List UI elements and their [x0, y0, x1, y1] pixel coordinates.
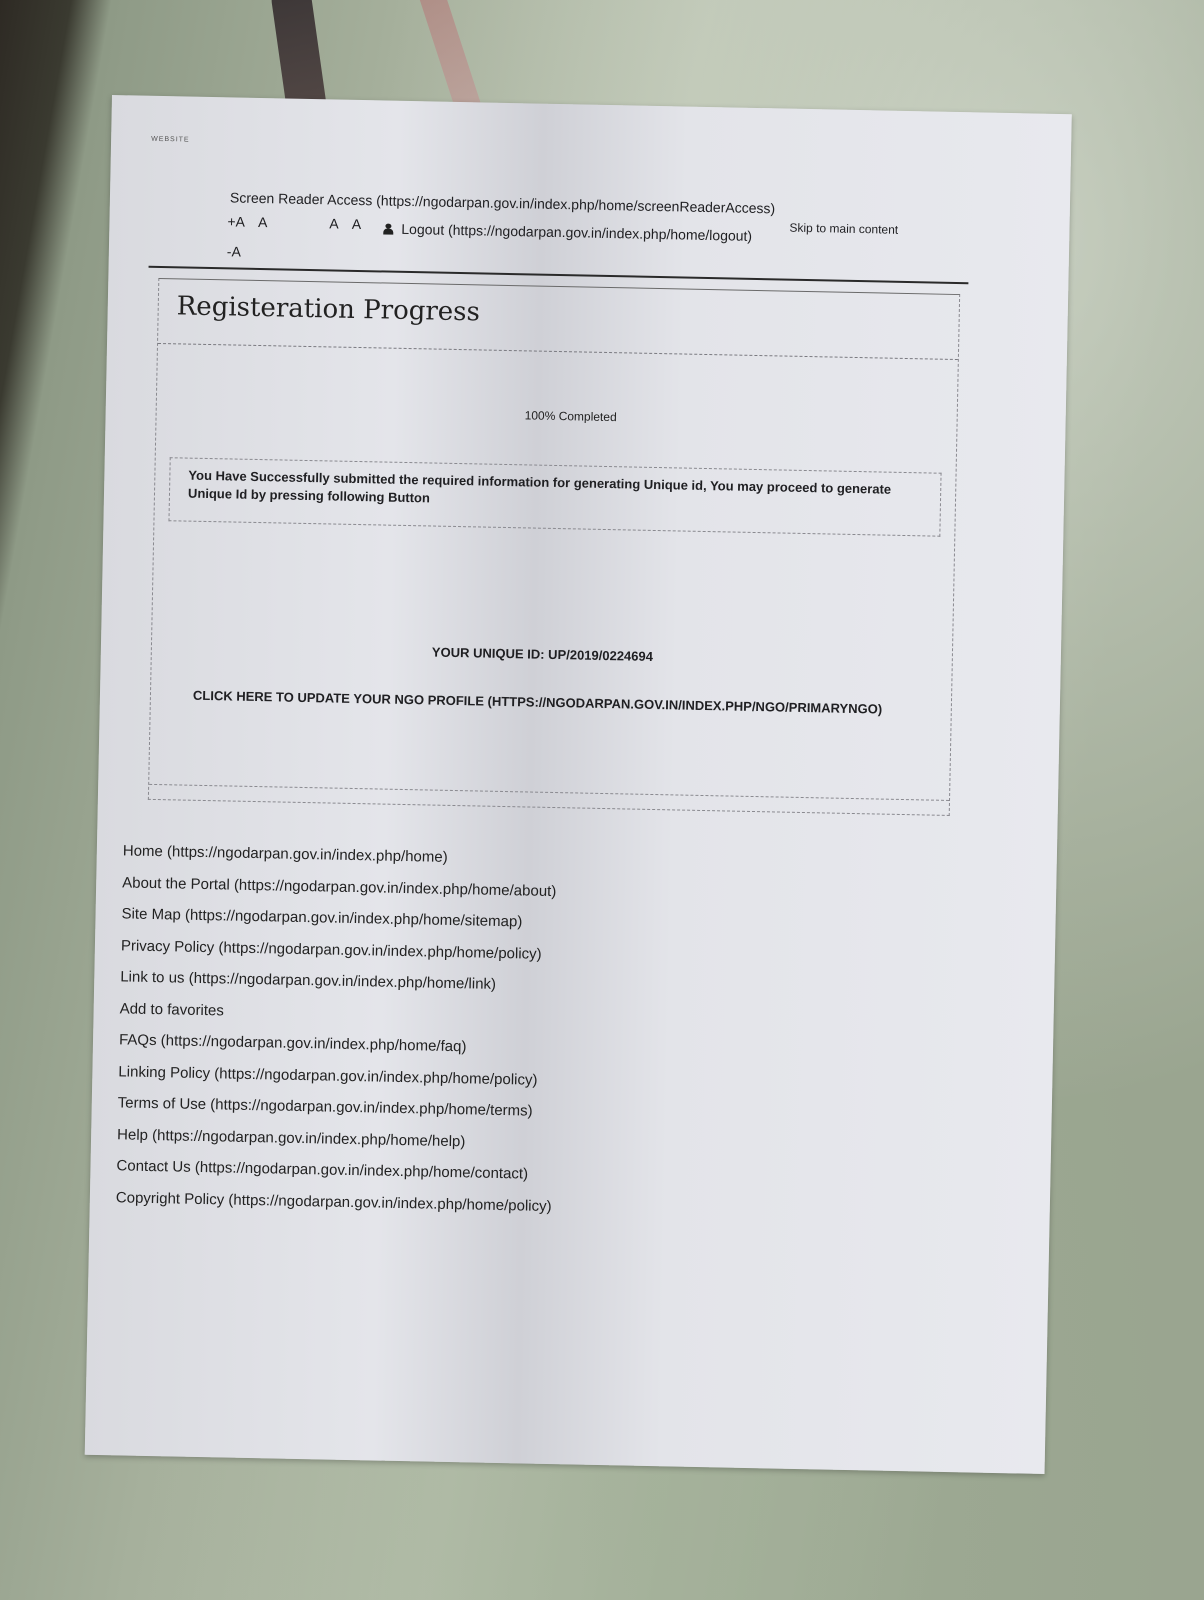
footer-link-home[interactable]: Home (https://ngodarpan.gov.in/index.php…	[123, 842, 448, 866]
panel-bottom-divider	[149, 784, 949, 801]
unique-id: YOUR UNIQUE ID: UP/2019/0224694	[432, 645, 653, 664]
update-ngo-profile-link[interactable]: CLICK HERE TO UPDATE YOUR NGO PROFILE (H…	[193, 688, 882, 717]
footer-link-about[interactable]: About the Portal (https://ngodarpan.gov.…	[122, 874, 556, 900]
footer-link-help[interactable]: Help (https://ngodarpan.gov.in/index.php…	[117, 1126, 466, 1150]
title-divider	[158, 343, 958, 360]
footer-link-terms[interactable]: Terms of Use (https://ngodarpan.gov.in/i…	[118, 1094, 533, 1119]
footer-link-faqs[interactable]: FAQs (https://ngodarpan.gov.in/index.php…	[119, 1031, 467, 1055]
printed-page: WEBSITE Screen Reader Access (https://ng…	[85, 95, 1072, 1474]
font-increase-button[interactable]: +A	[227, 213, 245, 229]
footer-link-add-favorites[interactable]: Add to favorites	[120, 1000, 225, 1019]
footer-links: Home (https://ngodarpan.gov.in/index.php…	[116, 835, 559, 1222]
footer-link-contact[interactable]: Contact Us (https://ngodarpan.gov.in/ind…	[116, 1157, 528, 1182]
logout-link[interactable]: Logout (https://ngodarpan.gov.in/index.p…	[383, 220, 752, 243]
print-header-mark: WEBSITE	[151, 136, 190, 144]
footer-link-privacy[interactable]: Privacy Policy (https://ngodarpan.gov.in…	[121, 937, 542, 962]
footer-link-sitemap[interactable]: Site Map (https://ngodarpan.gov.in/index…	[121, 905, 522, 930]
footer-link-link-to-us[interactable]: Link to us (https://ngodarpan.gov.in/ind…	[120, 968, 496, 993]
contrast-button-1[interactable]: A	[329, 215, 339, 231]
user-icon	[383, 223, 393, 234]
success-message: You Have Successfully submitted the requ…	[188, 467, 929, 518]
page-title: Registeration Progress	[176, 291, 480, 327]
footer-link-copyright[interactable]: Copyright Policy (https://ngodarpan.gov.…	[116, 1189, 552, 1215]
font-decrease-button[interactable]: -A	[227, 243, 241, 259]
logout-label: Logout (https://ngodarpan.gov.in/index.p…	[401, 221, 752, 244]
font-normal-button[interactable]: A	[258, 214, 268, 230]
font-size-controls: +A A A A	[227, 213, 371, 232]
footer-link-linking-policy[interactable]: Linking Policy (https://ngodarpan.gov.in…	[118, 1063, 537, 1088]
success-alert: You Have Successfully submitted the requ…	[168, 457, 941, 536]
skip-to-main-link[interactable]: Skip to main content	[789, 221, 898, 237]
progress-label: 100% Completed	[525, 408, 617, 424]
registration-panel: Registeration Progress 100% Completed Yo…	[148, 278, 960, 816]
contrast-button-2[interactable]: A	[352, 216, 362, 232]
screen-reader-access-link[interactable]: Screen Reader Access (https://ngodarpan.…	[230, 189, 775, 216]
